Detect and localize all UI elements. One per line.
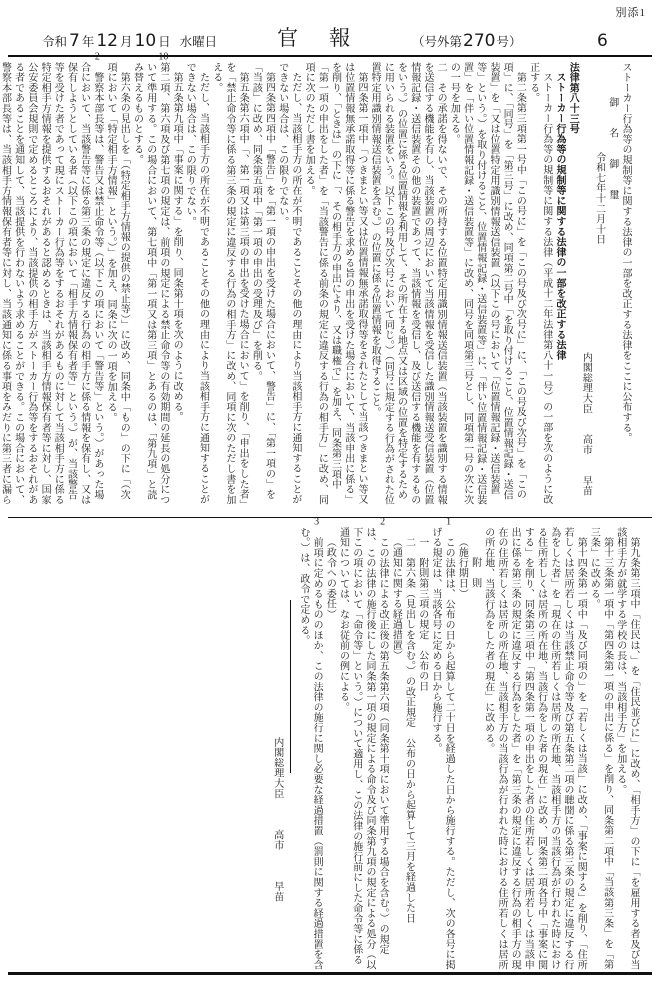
paragraph-text: 第十三条第一項中「第四条第一項の申出に係る」を削り、同条第二項中「当該第三条」を… — [588, 527, 612, 970]
day-number: 10 — [135, 31, 157, 51]
gazette-title: 官報 — [277, 22, 381, 52]
amendment-paragraph-art5-6: 第五条第六項中「、第一項又は第三項の申出を受けた場合において」を削り、「申出をし… — [210, 62, 250, 509]
paragraph-number: 10 — [158, 52, 169, 62]
paragraph-text: ただし、当該相手方の所在が不明であることその他の理由により当該相手方に通知するこ… — [184, 62, 208, 505]
amendment-paragraph-art5-9: 第五条第九項中「事案に関する」を削り、同条第十項を次のように改める。 — [170, 62, 183, 509]
section-divider-rule — [8, 517, 652, 518]
month-number: 12 — [96, 31, 118, 51]
issue-suffix: 号） — [496, 35, 521, 49]
header-rule — [8, 55, 652, 57]
paragraph-text: ストーカー行為等の規制等に関する法律（平成十二年法律第八十一号）の一部を次のよう… — [528, 62, 552, 505]
issue-number: 270 — [463, 31, 495, 51]
amendment-paragraph-art4-4: 第四条第四項中「警告」を「第一項の申出を受けた場合において、警告」に、「第一項の… — [249, 62, 275, 509]
supplementary-item-one: 一 附則第三項の規定 公布の日 — [416, 527, 429, 970]
signature-divider-rule — [290, 600, 291, 773]
paragraph-text: ただし、当該相手方の所在が不明であることその他の理由により当該相手方に通知するこ… — [277, 62, 301, 505]
law-title: ストーカー行為等の規制等に関する法律の一部を改正する法律 — [553, 62, 566, 509]
paragraph-text: 二 第六条（見出しを含む。）の改正規定 公布の日から起算して三月を経過した日 — [404, 537, 415, 923]
paragraph-text: 法律第八十三号 — [567, 62, 578, 134]
paragraph-number: 2 — [92, 52, 103, 62]
paragraph-text: この法律による改正後の第五条第六項（同条第十項において準用する場合を含む。）の規… — [338, 527, 389, 970]
issue-prefix: （号外第 — [412, 35, 462, 49]
imperial-seal-line: 御 名 御 璽 — [606, 62, 619, 509]
paragraph-number: 1 — [443, 517, 454, 527]
supplementary-provisions-heading: 附 則 — [468, 527, 481, 970]
paragraph-text: 二 その承諾を得ないで、その所持する位置特定用識別情報送信装置（当該装置を識別す… — [369, 62, 446, 505]
amendment-paragraph-art4-1: 第四条第一項中「つきまとい等又は位置情報無承諾取得等をされたとして当該つきまとい… — [302, 62, 368, 509]
paragraph-text: 一 附則第三項の規定 公布の日 — [417, 537, 428, 692]
paragraph-text: （通知に関する経過措置） — [390, 537, 401, 661]
paragraph-text: この法律は、公布の日から起算して二十日を経過した日から施行する。ただし、次の各号… — [430, 527, 454, 970]
supplementary-item-two: 二 第六条（見出しを含む。）の改正規定 公布の日から起算して三月を経過した日 — [402, 527, 415, 970]
lower-text-block: 第九条第三項中「住民は、」を「住民並びに」に改め、「相手方」の下に「を雇用する者… — [16, 527, 640, 970]
month-unit: 月 — [120, 35, 133, 49]
issue-number-group: （号外第270号） — [412, 31, 521, 51]
amendment-paragraph-art2: 第二条第三項第一号中「この号に」を「この号及び次号に」に、「この号及び次号」を「… — [447, 62, 526, 509]
bottom-rule — [8, 972, 652, 975]
paragraph-text: 第六条の見出しを「（特定相手方情報の提供の禁止等）」に改め、同条中「もの」の下に… — [105, 62, 129, 500]
sub-heading-effective-date: （施行期日） — [455, 527, 468, 970]
paragraph-text: 御 名 御 璽 — [607, 97, 618, 200]
paragraph-text: 第九条第三項中「住民は、」を「住民並びに」に改め、「相手方」の下に「を雇用する者… — [615, 527, 639, 970]
supplementary-paragraph-two: 2 この法律による改正後の第五条第六項（同条第十項において準用する場合を含む。）… — [336, 527, 389, 970]
year-number: 7 — [69, 31, 80, 51]
amendment-paragraph-art13: 第十三条第一項中「第四条第一項の申出に係る」を削り、同条第二項中「当該第三条」を… — [587, 527, 613, 970]
paragraph-text: 第五条第九項中「事案に関する」を削り、同条第十項を次のように改める。 — [171, 72, 182, 422]
paragraph-text: （施行期日） — [456, 537, 467, 599]
attachment-label: 別添1 — [616, 4, 647, 20]
paragraph-text: （政令への委任） — [324, 537, 335, 619]
minister-signature-upper: 内閣総理大臣 高市 早苗 — [579, 62, 592, 509]
law-number: 法律第八十三号 — [566, 62, 579, 509]
supplementary-paragraph-one: 1 この法律は、公布の日から起算して二十日を経過した日から施行する。ただし、次の… — [429, 527, 455, 970]
day-unit: 日 — [158, 35, 171, 49]
new-item-two: 二 その承諾を得ないで、その所持する位置特定用識別情報送信装置（当該装置を識別す… — [368, 62, 447, 509]
promulgation-sentence: ストーカー行為等の規制等に関する法律の一部を改正する法律をここに公布する。 — [619, 62, 632, 509]
sub-heading-cabinet-order: （政令への委任） — [323, 527, 336, 970]
proviso-paragraph: ただし、当該相手方の所在が不明であることその他の理由により当該相手方に通知するこ… — [276, 62, 302, 509]
paragraph-text: 内閣総理大臣 高市 早苗 — [272, 737, 283, 902]
amendment-paragraph-art6: 第六条の見出しを「（特定相手方情報の提供の禁止等）」に改め、同条中「もの」の下に… — [104, 62, 130, 509]
issue-date: 令和7年12月10日水曜日 — [42, 31, 217, 51]
proviso-paragraph: ただし、当該相手方の所在が不明であることその他の理由により当該相手方に通知するこ… — [183, 62, 209, 509]
paragraph-text: 第十四条第一項中「及び同項の」を「若しくは当該」に改め、「事案に関する」を削り、… — [483, 527, 586, 970]
paragraph-text: 内閣総理大臣 高市 早苗 — [580, 352, 591, 496]
minister-signature-lower: 内閣総理大臣 高市 早苗 — [271, 527, 284, 970]
supplementary-paragraph-three: 3 前項に定めるもののほか、この法律の施行に関し必要な経過措置（罰則に関する経過… — [297, 527, 323, 970]
new-paragraph-ten: 10第二項、第六項及び第七項の規定は、前項の規定による禁止命令等の有効期間の延長… — [130, 62, 170, 509]
upper-text-block: ストーカー行為等の規制等に関する法律の一部を改正する法律をここに公布する。御 名… — [4, 62, 632, 509]
sub-heading-notice-transition: （通知に関する経過措置） — [389, 527, 402, 970]
paragraph-text: ストーカー行為等の規制等に関する法律の一部を改正する法律をここに公布する。 — [620, 62, 631, 443]
gazette-page: 別添1 令和7年12月10日水曜日 官報 （号外第270号） 6 ストーカー行為… — [0, 0, 660, 984]
paragraph-text: 前項に定めるもののほか、この法律の施行に関し必要な経過措置（罰則に関する経過措置… — [298, 527, 322, 970]
amendment-paragraph-art9: 第九条第三項中「住民は、」を「住民並びに」に改め、「相手方」の下に「を雇用する者… — [614, 527, 640, 970]
paragraph-text: 附 則 — [470, 557, 481, 588]
paragraph-text: ストーカー行為等の規制等に関する法律の一部を改正する法律 — [554, 72, 565, 360]
amendment-paragraph-art14: 第十四条第一項中「及び同項の」を「若しくは当該」に改め、「事案に関する」を削り、… — [482, 527, 588, 970]
weekday-label: 水曜日 — [180, 35, 218, 49]
masthead: 令和7年12月10日水曜日 官報 （号外第270号） 6 — [0, 22, 660, 54]
paragraph-text: 第二項、第六項及び第七項の規定は、前項の規定による禁止命令等の有効期間の延長の処… — [131, 62, 168, 505]
page-number: 6 — [597, 31, 608, 51]
promulgation-date: 令和七年十二月十日 — [592, 62, 605, 509]
paragraph-text: 第二条第三項第一号中「この号に」を「この号及び次号に」に、「この号及び次号」を「… — [448, 62, 525, 505]
paragraph-text: 令和七年十二月十日 — [594, 152, 605, 245]
paragraph-text: 警察本部長等は、警告又は禁止命令等（以下この項において「警告等」という。）があっ… — [0, 62, 103, 505]
paragraph-number: 3 — [311, 517, 322, 527]
paragraph-number: 2 — [377, 517, 388, 527]
paragraph-text: 第五条第六項中「、第一項又は第三項の申出を受けた場合において」を削り、「申出をし… — [211, 62, 248, 505]
year-unit: 年 — [82, 35, 95, 49]
era-label: 令和 — [42, 35, 67, 49]
new-paragraph-two: 2 警察本部長等は、警告又は禁止命令等（以下この項において「警告等」という。）が… — [0, 62, 104, 509]
paragraph-text: 第四条第四項中「警告」を「第一項の申出を受けた場合において、警告」に、「第一項の… — [250, 62, 274, 500]
amendment-intro: ストーカー行為等の規制等に関する法律（平成十二年法律第八十一号）の一部を次のよう… — [526, 62, 552, 509]
paragraph-text: 第四条第一項中「つきまとい等又は位置情報無承諾取得等をされたとして当該つきまとい… — [303, 62, 367, 505]
